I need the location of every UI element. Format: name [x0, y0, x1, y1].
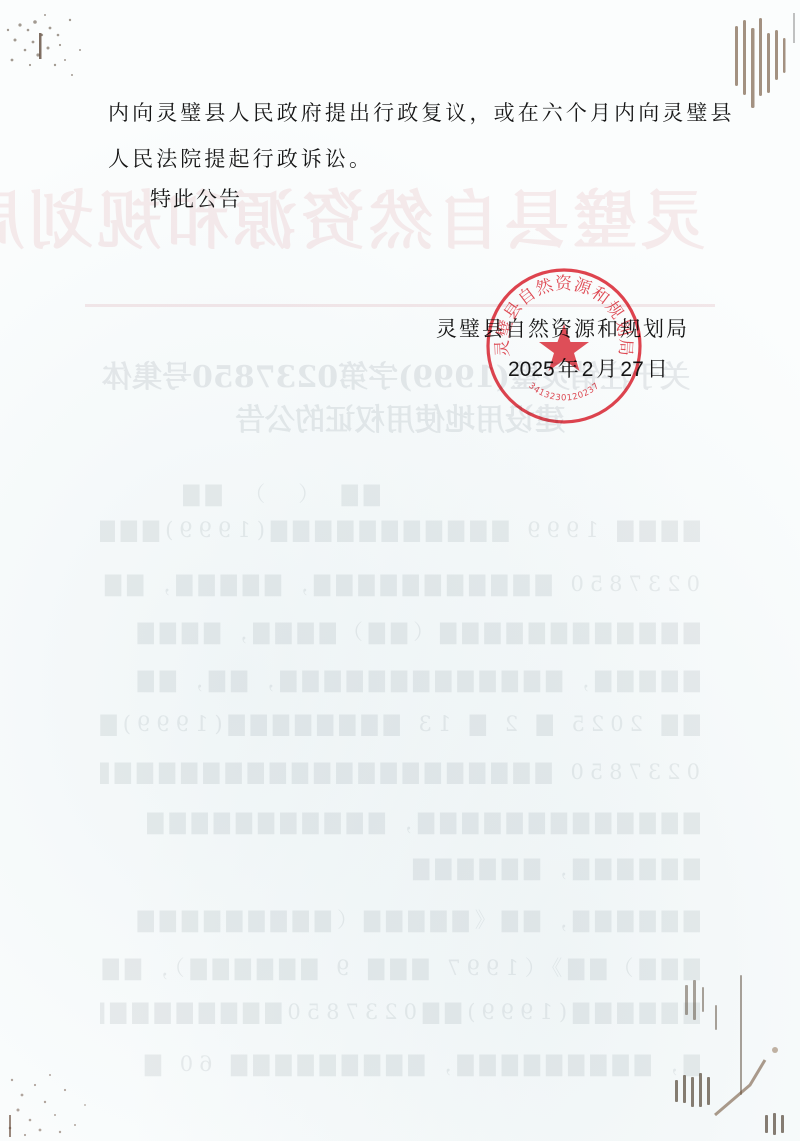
closing-phrase: 特此公告	[150, 183, 242, 213]
official-seal: 灵璧县自然资源和规划局 3413230120237	[484, 266, 644, 426]
bleed-text-line: ▇▇ 2025 ▇ 2 ▇ 13 ▇▇▇▇▇▇▇▇(1999)▇▇	[100, 712, 700, 736]
bleed-text-line: ▇▇▇▇▇▇▇▇▇▇▇▇（▇▇）▇▇▇▇，▇▇▇▇	[100, 616, 700, 646]
bleed-text-line: ▇▇▇▇▇▇(1999)▇▇0237850▇▇▇▇▇▇▇▇▇	[100, 1000, 700, 1024]
seal-ring	[488, 270, 640, 422]
date-year: 2025	[508, 358, 555, 381]
date-month: 2	[582, 358, 594, 381]
bleed-text-line: ▇▇▇）▇▇》（1997 ▇▇▇ 9 ▇▇▇▇▇▇），▇▇▇▇	[100, 952, 700, 982]
stain-top-left	[0, 0, 110, 95]
seal-code: 3413230120237	[526, 381, 601, 403]
document-page: 灵璧县自然资源和规划局 关于注销灵璧(1999)字第0237850号集体 建设用…	[0, 0, 800, 1141]
bleed-text-line: ▇▇▇▇ 1999 ▇▇▇▇▇▇▇▇▇▇▇(1999)▇▇▇	[100, 518, 700, 542]
bleed-title-line-2: 建设用地使用权证的公告	[110, 395, 690, 439]
date-day-unit: 日	[647, 357, 668, 381]
body-text-line-1: 内向灵璧县人民政府提出行政复议，或在六个月内向灵璧县	[108, 97, 735, 127]
bleed-text-line: ▇▇▇▇▇▇，▇▇▇▇▇▇	[100, 852, 700, 882]
bleed-text-line: ▇，▇▇▇▇▇▇▇▇▇，▇▇▇▇▇▇▇▇▇ 60 ▇	[100, 1048, 700, 1078]
date-month-unit: 月	[596, 357, 617, 381]
bleed-divider	[85, 304, 715, 307]
bleed-text-line: ▇▇▇▇▇▇▇▇▇▇▇▇▇，▇▇▇▇▇▇▇▇▇▇▇	[100, 806, 700, 836]
bleed-text-line: 0237850 ▇▇▇▇▇▇▇▇▇▇▇▇▇▇▇▇▇▇▇▇▇▇	[100, 760, 700, 784]
date-year-unit: 年	[558, 357, 579, 381]
svg-text:3413230120237: 3413230120237	[526, 381, 601, 403]
bleed-text-line: ▇▇▇▇▇▇，▇▇《▇▇▇▇▇（▇▇▇▇▇▇▇▇▇	[100, 904, 700, 934]
signing-organization: 灵璧县自然资源和规划局	[436, 313, 689, 343]
stain-bottom-right	[655, 965, 800, 1141]
signature-date: 2025年2月27日	[508, 353, 671, 383]
date-day: 27	[620, 358, 643, 381]
stain-bottom-left	[0, 1040, 130, 1141]
bleed-text-line: ▇▇▇▇▇，▇▇▇▇▇▇▇▇▇▇▇▇▇，▇▇，▇▇	[100, 664, 700, 694]
bleed-text-line: 0237850 ▇▇▇▇▇▇▇▇▇▇▇，▇▇▇▇▇，▇▇▇▇	[100, 568, 700, 598]
bleed-text-line: ▇▇ （ ） ▇▇	[120, 478, 380, 508]
body-text-line-2: 人民法院提起行政诉讼。	[108, 143, 373, 173]
